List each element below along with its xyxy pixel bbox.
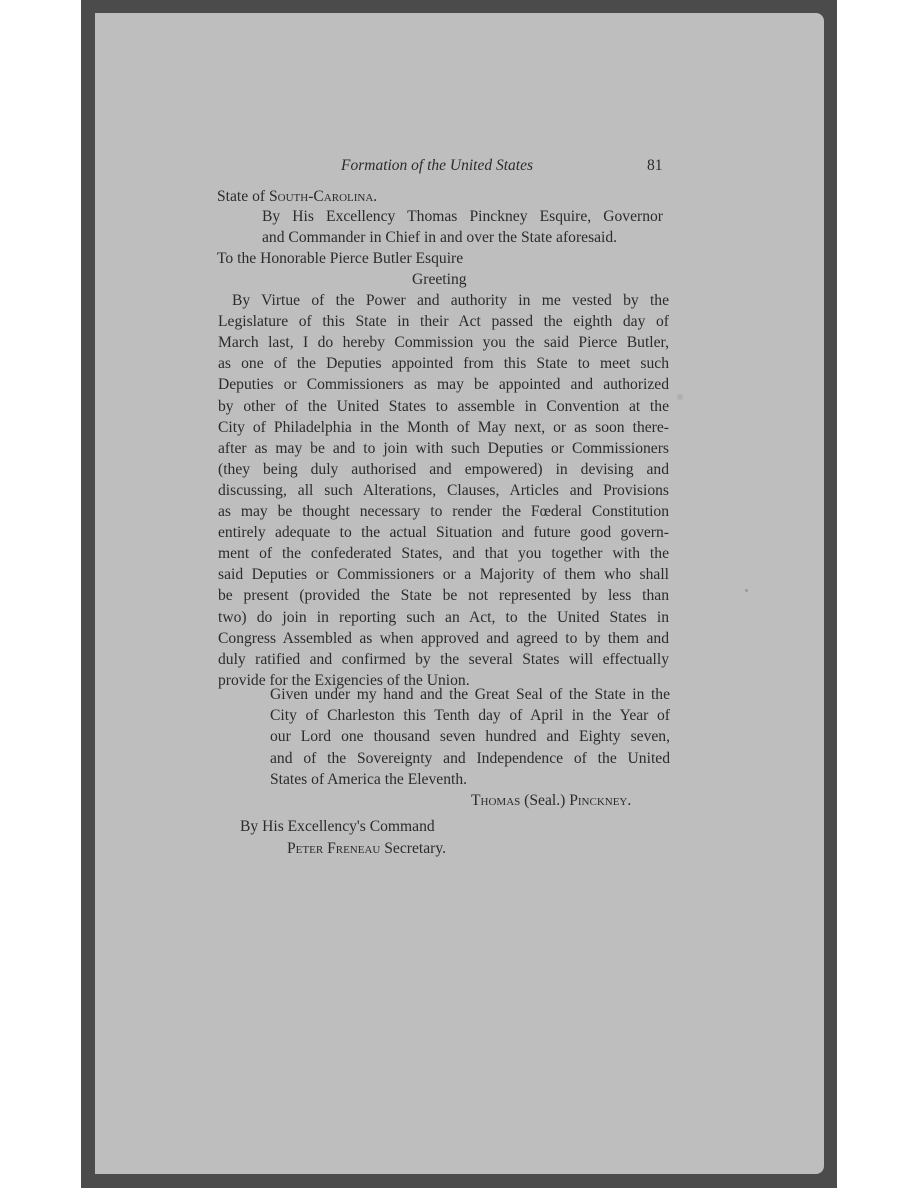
- body-line: discussing, all such Alterations, Clause…: [218, 481, 669, 501]
- given-line: our Lord one thousand seven hundred and …: [270, 727, 670, 747]
- secretary-name: Peter Freneau: [287, 840, 380, 857]
- body-line: City of Philadelphia in the Month of May…: [218, 418, 669, 438]
- governor-signature: Thomas (Seal.) Pinckney.: [471, 791, 631, 811]
- body-line: by other of the United States to assembl…: [218, 397, 669, 417]
- preamble-line: By His Excellency Thomas Pinckney Esquir…: [262, 207, 663, 227]
- body-line: be present (provided the State be not re…: [218, 586, 669, 606]
- state-name: South-Carolina.: [269, 188, 377, 205]
- body-line: as may be thought necessary to render th…: [218, 502, 669, 522]
- running-head: Formation of the United States: [341, 156, 533, 176]
- signature-first: Thomas: [471, 792, 520, 809]
- body-line: (they being duly authorised and empowere…: [218, 460, 669, 480]
- signature-seal: (Seal.): [520, 792, 569, 809]
- given-line: States of America the Eleventh.: [270, 770, 467, 790]
- given-line: Given under my hand and the Great Seal o…: [270, 685, 670, 705]
- paper-speck: [677, 394, 683, 400]
- body-line: duly ratified and confirmed by the sever…: [218, 650, 669, 670]
- body-line: Deputies or Commissioners as may be appo…: [218, 375, 669, 395]
- body-line: said Deputies or Commissioners or a Majo…: [218, 565, 669, 585]
- secretary-line: Peter Freneau Secretary.: [287, 839, 446, 859]
- body-line: By Virtue of the Power and authority in …: [232, 291, 669, 311]
- body-line: Congress Assembled as when approved and …: [218, 629, 669, 649]
- page-number: 81: [647, 156, 663, 176]
- state-line: State of South-Carolina.: [217, 187, 377, 207]
- paper-speck: [745, 589, 748, 592]
- signature-last: Pinckney.: [569, 792, 631, 809]
- salutation: Greeting: [412, 270, 467, 290]
- secretary-title: Secretary.: [380, 840, 446, 857]
- body-line: after as may be and to join with such De…: [218, 439, 669, 459]
- command-line: By His Excellency's Command: [240, 817, 435, 837]
- body-line: March last, I do hereby Commission you t…: [218, 333, 669, 353]
- state-line-prefix: State of: [217, 188, 269, 205]
- given-line: City of Charleston this Tenth day of Apr…: [270, 706, 670, 726]
- body-line: Legislature of this State in their Act p…: [218, 312, 669, 332]
- body-line: two) do join in reporting such an Act, t…: [218, 608, 669, 628]
- body-line: entirely adequate to the actual Situatio…: [218, 523, 669, 543]
- given-line: and of the Sovereignty and Independence …: [270, 749, 670, 769]
- body-line: as one of the Deputies appointed from th…: [218, 354, 669, 374]
- preamble-line: and Commander in Chief in and over the S…: [262, 228, 617, 248]
- addressee: To the Honorable Pierce Butler Esquire: [217, 249, 463, 269]
- body-line: ment of the confederated States, and tha…: [218, 544, 669, 564]
